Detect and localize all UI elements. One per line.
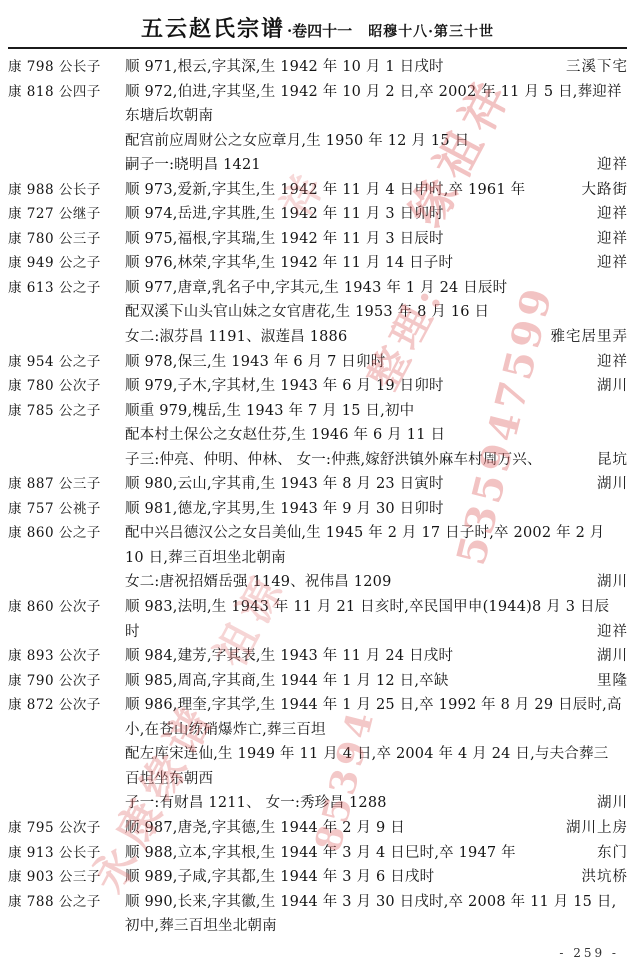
residence-label: 雅宅居里弄	[543, 325, 629, 350]
genealogy-row: 百坦坐东朝西	[8, 767, 628, 792]
residence-label: 迎祥	[589, 350, 628, 375]
father-ref-label: 康 780 公三子	[8, 227, 125, 252]
genealogy-row: 初中,葬三百坦坐北朝南	[8, 914, 628, 939]
page-header: 五云赵氏宗谱·卷四十一昭穆十八·第三十世	[0, 12, 635, 43]
genealogy-row: 康 727 公继子 顺 974,岳进,字其胜,生 1942 年 11 月 3 日…	[8, 202, 628, 227]
entry-text: 顺 980,云山,字其甫,生 1943 年 8 月 23 日寅时	[125, 472, 444, 497]
genealogy-row: 女二:唐祝招婿岳强 1149、祝伟昌 1209 湖川	[8, 570, 628, 595]
father-ref-label: 康 903 公三子	[8, 865, 125, 890]
entry-text: 顺 973,爱新,字其生,生 1942 年 11 月 4 日申时,卒 1961 …	[125, 178, 525, 203]
genealogy-row: 康 780 公次子 顺 979,子木,字其材,生 1943 年 6 月 19 日…	[8, 374, 628, 399]
entry-text: 顺 974,岳进,字其胜,生 1942 年 11 月 3 日卯时	[125, 202, 444, 227]
volume-label: ·卷四十一	[287, 22, 352, 40]
genealogy-row: 康 954 公之子 顺 978,保三,生 1943 年 6 月 7 日卯时 迎祥	[8, 350, 628, 375]
genealogy-rows: 康 798 公长子 顺 971,根云,字其深,生 1942 年 10 月 1 日…	[8, 55, 628, 939]
entry-text: 顺 988,立本,字其根,生 1944 年 3 月 4 日巳时,卒 1947 年	[125, 841, 516, 866]
entry-text: 女二:唐祝招婿岳强 1149、祝伟昌 1209	[125, 570, 392, 595]
genealogy-row: 康 949 公之子 顺 976,林荣,字其华,生 1942 年 11 月 14 …	[8, 251, 628, 276]
entry-text: 时	[125, 620, 140, 645]
entry-text: 东塘后坎朝南	[125, 104, 213, 129]
father-ref-label: 康 860 公之子	[8, 521, 125, 546]
father-ref-label: 康 795 公次子	[8, 816, 125, 841]
genealogy-row: 康 872 公次子 顺 986,理奎,字其学,生 1944 年 1 月 25 日…	[8, 693, 628, 718]
entry-text: 顺 975,福根,字其瑞,生 1942 年 11 月 3 日辰时	[125, 227, 444, 252]
entry-text: 子三:仲亮、仲明、仲林、 女一:仲燕,嫁舒洪镇外麻车村周万兴、	[125, 448, 542, 473]
genealogy-row: 康 903 公三子 顺 989,子咸,字其都,生 1944 年 3 月 6 日戌…	[8, 865, 628, 890]
entry-text: 配宫前应周财公之女应章月,生 1950 年 12 月 15 日	[125, 129, 469, 154]
genealogy-row: 小,在苍山练硝爆炸亡,葬三百坦	[8, 718, 628, 743]
entry-text: 顺 978,保三,生 1943 年 6 月 7 日卯时	[125, 350, 385, 375]
genealogy-row: 康 798 公长子 顺 971,根云,字其深,生 1942 年 10 月 1 日…	[8, 55, 628, 80]
father-ref-label: 康 785 公之子	[8, 399, 125, 424]
father-ref-label: 康 780 公次子	[8, 374, 125, 399]
residence-label: 里隆	[589, 669, 628, 694]
page-number: - 259 -	[559, 946, 619, 960]
generation-label: 昭穆十八·第三十世	[368, 24, 494, 40]
genealogy-row: 配宫前应周财公之女应章月,生 1950 年 12 月 15 日	[8, 129, 628, 154]
residence-label: 湖川	[589, 570, 628, 595]
entry-text: 配中兴吕德汉公之女吕美仙,生 1945 年 2 月 17 日子时,卒 2002 …	[125, 521, 605, 546]
genealogy-row: 康 613 公之子 顺 977,唐章,乳名子中,字其元,生 1943 年 1 月…	[8, 276, 628, 301]
entry-text: 10 日,葬三百坦坐北朝南	[125, 546, 286, 571]
genealogy-row: 康 818 公四子 顺 972,伯进,字其坚,生 1942 年 10 月 2 日…	[8, 80, 628, 105]
father-ref-label: 康 790 公次子	[8, 669, 125, 694]
entry-text: 顺 989,子咸,字其都,生 1944 年 3 月 6 日戌时	[125, 865, 434, 890]
entry-text: 顺 977,唐章,乳名子中,字其元,生 1943 年 1 月 24 日辰时	[125, 276, 507, 301]
genealogy-row: 康 913 公长子 顺 988,立本,字其根,生 1944 年 3 月 4 日巳…	[8, 841, 628, 866]
residence-label: 湖川上房	[558, 816, 628, 841]
residence-label: 迎祥	[589, 251, 628, 276]
residence-label: 洪坑桥	[574, 865, 629, 890]
residence-label: 湖川	[589, 374, 628, 399]
entry-text: 顺 990,长来,字其徽,生 1944 年 3 月 30 日戌时,卒 2008 …	[125, 890, 616, 915]
entry-text: 配左库宋连仙,生 1949 年 11 月 4 日,卒 2004 年 4 月 24…	[125, 742, 608, 767]
genealogy-row: 10 日,葬三百坦坐北朝南	[8, 546, 628, 571]
entry-text: 顺 983,法明,生 1943 年 11 月 21 日亥时,卒民国甲申(1944…	[125, 595, 609, 620]
entry-text: 顺 972,伯进,字其坚,生 1942 年 10 月 2 日,卒 2002 年 …	[125, 80, 622, 105]
genealogy-row: 子三:仲亮、仲明、仲林、 女一:仲燕,嫁舒洪镇外麻车村周万兴、 昆坑	[8, 448, 628, 473]
genealogy-row: 康 788 公之子 顺 990,长来,字其徽,生 1944 年 3 月 30 日…	[8, 890, 628, 915]
entry-text: 初中,葬三百坦坐北朝南	[125, 914, 277, 939]
father-ref-label: 康 949 公之子	[8, 251, 125, 276]
genealogy-row: 康 988 公长子 顺 973,爱新,字其生,生 1942 年 11 月 4 日…	[8, 178, 628, 203]
entry-text: 顺 984,建芳,字其表,生 1943 年 11 月 24 日戌时	[125, 644, 453, 669]
father-ref-label: 康 954 公之子	[8, 350, 125, 375]
genealogy-row: 康 893 公次子 顺 984,建芳,字其表,生 1943 年 11 月 24 …	[8, 644, 628, 669]
father-ref-label: 康 893 公次子	[8, 644, 125, 669]
entry-text: 顺 987,唐尧,字其德,生 1944 年 2 月 9 日	[125, 816, 405, 841]
genealogy-row: 女二:淑芬昌 1191、淑莲昌 1886 雅宅居里弄	[8, 325, 628, 350]
genealogy-row: 嗣子一:晓明昌 1421 迎祥	[8, 153, 628, 178]
residence-label: 迎祥	[589, 202, 628, 227]
residence-label: 东门	[589, 841, 628, 866]
entry-text: 子一:有财昌 1211、 女一:秀珍昌 1288	[125, 791, 387, 816]
residence-label: 迎祥	[589, 227, 628, 252]
father-ref-label: 康 613 公之子	[8, 276, 125, 301]
genealogy-row: 康 860 公次子 顺 983,法明,生 1943 年 11 月 21 日亥时,…	[8, 595, 628, 620]
father-ref-label: 康 860 公次子	[8, 595, 125, 620]
father-ref-label: 康 913 公长子	[8, 841, 125, 866]
entry-text: 女二:淑芬昌 1191、淑莲昌 1886	[125, 325, 347, 350]
genealogy-row: 东塘后坎朝南	[8, 104, 628, 129]
entry-text: 顺 971,根云,字其深,生 1942 年 10 月 1 日戌时	[125, 55, 444, 80]
residence-label: 迎祥	[589, 620, 628, 645]
genealogy-row: 康 757 公祧子 顺 981,德龙,字其男,生 1943 年 9 月 30 日…	[8, 497, 628, 522]
genealogy-row: 康 860 公之子 配中兴吕德汉公之女吕美仙,生 1945 年 2 月 17 日…	[8, 521, 628, 546]
genealogy-row: 配双溪下山头官山妹之女官唐花,生 1953 年 8 月 16 日	[8, 300, 628, 325]
residence-label: 昆坑	[589, 448, 628, 473]
genealogy-row: 时 迎祥	[8, 620, 628, 645]
father-ref-label: 康 988 公长子	[8, 178, 125, 203]
genealogy-row: 康 785 公之子 顺重 979,槐岳,生 1943 年 7 月 15 日,初中	[8, 399, 628, 424]
genealogy-row: 康 790 公次子 顺 985,周高,字其商,生 1944 年 1 月 12 日…	[8, 669, 628, 694]
entry-text: 配双溪下山头官山妹之女官唐花,生 1953 年 8 月 16 日	[125, 300, 489, 325]
father-ref-label: 康 757 公祧子	[8, 497, 125, 522]
father-ref-label: 康 788 公之子	[8, 890, 125, 915]
residence-label: 迎祥	[589, 153, 628, 178]
father-ref-label: 康 872 公次子	[8, 693, 125, 718]
residence-label: 湖川	[589, 791, 628, 816]
entry-text: 顺 976,林荣,字其华,生 1942 年 11 月 14 日子时	[125, 251, 453, 276]
father-ref-label: 康 818 公四子	[8, 80, 125, 105]
father-ref-label: 康 887 公三子	[8, 472, 125, 497]
entry-text: 顺 981,德龙,字其男,生 1943 年 9 月 30 日卯时	[125, 497, 444, 522]
genealogy-row: 康 887 公三子 顺 980,云山,字其甫,生 1943 年 8 月 23 日…	[8, 472, 628, 497]
genealogy-row: 康 795 公次子 顺 987,唐尧,字其德,生 1944 年 2 月 9 日 …	[8, 816, 628, 841]
header-divider	[8, 47, 627, 49]
entry-text: 顺 979,子木,字其材,生 1943 年 6 月 19 日卯时	[125, 374, 444, 399]
genealogy-page: { "header": { "title": "五云赵氏宗谱", "volume…	[0, 0, 635, 968]
residence-label: 湖川	[589, 472, 628, 497]
residence-label: 三溪下宅	[558, 55, 628, 80]
genealogy-row: 子一:有财昌 1211、 女一:秀珍昌 1288 湖川	[8, 791, 628, 816]
book-title: 五云赵氏宗谱	[141, 16, 285, 42]
genealogy-row: 配本村土保公之女赵仕芬,生 1946 年 6 月 11 日	[8, 423, 628, 448]
entry-text: 百坦坐东朝西	[125, 767, 213, 792]
genealogy-row: 康 780 公三子 顺 975,福根,字其瑞,生 1942 年 11 月 3 日…	[8, 227, 628, 252]
entry-text: 小,在苍山练硝爆炸亡,葬三百坦	[125, 718, 326, 743]
entry-text: 顺重 979,槐岳,生 1943 年 7 月 15 日,初中	[125, 399, 414, 424]
entry-text: 顺 986,理奎,字其学,生 1944 年 1 月 25 日,卒 1992 年 …	[125, 693, 622, 718]
entry-text: 配本村土保公之女赵仕芬,生 1946 年 6 月 11 日	[125, 423, 445, 448]
entry-text: 顺 985,周高,字其商,生 1944 年 1 月 12 日,卒缺	[125, 669, 449, 694]
residence-label: 湖川	[589, 644, 628, 669]
genealogy-row: 配左库宋连仙,生 1949 年 11 月 4 日,卒 2004 年 4 月 24…	[8, 742, 628, 767]
entry-text: 嗣子一:晓明昌 1421	[125, 153, 261, 178]
residence-label: 大路街	[574, 178, 629, 203]
father-ref-label: 康 798 公长子	[8, 55, 125, 80]
father-ref-label: 康 727 公继子	[8, 202, 125, 227]
